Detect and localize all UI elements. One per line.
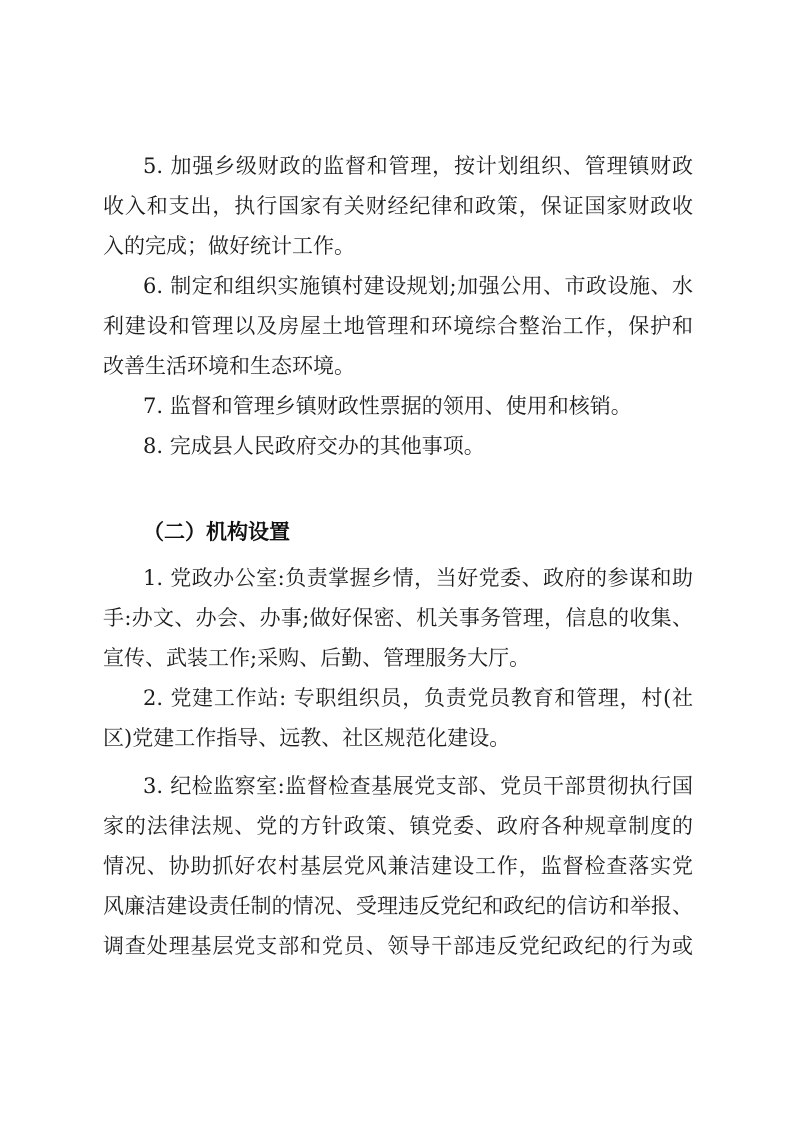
section-heading: （二）机构设置 bbox=[103, 512, 693, 552]
paragraph-line: 家的法律法规、党的方针政策、镇党委、政府各种规章制度的 bbox=[103, 806, 693, 846]
paragraph-line: 5. 加强乡级财政的监督和管理，按计划组织、管理镇财政 bbox=[103, 146, 693, 186]
duty-item-8: 8. 完成县人民政府交办的其他事项。 bbox=[103, 426, 693, 466]
paragraph-line: 6. 制定和组织实施镇村建设规划;加强公用、市政设施、水 bbox=[103, 266, 693, 306]
duty-item-6: 6. 制定和组织实施镇村建设规划;加强公用、市政设施、水 利建设和管理以及房屋土… bbox=[103, 266, 693, 386]
duty-item-5: 5. 加强乡级财政的监督和管理，按计划组织、管理镇财政 收入和支出，执行国家有关… bbox=[103, 146, 693, 266]
paragraph-line: 收入和支出，执行国家有关财经纪律和政策，保证国家财政收 bbox=[103, 186, 693, 226]
org-item-2: 2. 党建工作站: 专职组织员，负责党员教育和管理，村(社 区)党建工作指导、远… bbox=[103, 678, 693, 758]
paragraph-line: 情况、协助抓好农村基层党风兼洁建设工作，监督检查落实党 bbox=[103, 846, 693, 886]
paragraph-line: 8. 完成县人民政府交办的其他事项。 bbox=[103, 426, 693, 466]
paragraph-line: 1. 党政办公室:负责掌握乡情，当好党委、政府的参谋和助 bbox=[103, 558, 693, 598]
document-content: 5. 加强乡级财政的监督和管理，按计划组织、管理镇财政 收入和支出，执行国家有关… bbox=[103, 146, 693, 966]
duty-item-7: 7. 监督和管理乡镇财政性票据的领用、使用和核销。 bbox=[103, 386, 693, 426]
document-page: 5. 加强乡级财政的监督和管理，按计划组织、管理镇财政 收入和支出，执行国家有关… bbox=[0, 0, 793, 1122]
paragraph-line: 手:办文、办会、办事;做好保密、机关事务管理，信息的收集、 bbox=[103, 598, 693, 638]
org-item-3: 3. 纪检监察室:监督检查基展党支部、党员干部贯彻执行国 家的法律法规、党的方针… bbox=[103, 766, 693, 966]
paragraph-line: 宣传、武装工作;采购、后勤、管理服务大厅。 bbox=[103, 638, 693, 678]
paragraph-line: 利建设和管理以及房屋土地管理和环境综合整治工作，保护和 bbox=[103, 306, 693, 346]
paragraph-line: 改善生活环境和生态环境。 bbox=[103, 346, 693, 386]
paragraph-line: 入的完成；做好统计工作。 bbox=[103, 226, 693, 266]
paragraph-line: 区)党建工作指导、远教、社区规范化建设。 bbox=[103, 718, 693, 758]
paragraph-line: 7. 监督和管理乡镇财政性票据的领用、使用和核销。 bbox=[103, 386, 693, 426]
paragraph-line: 调查处理基层党支部和党员、领导干部违反党纪政纪的行为或 bbox=[103, 926, 693, 966]
paragraph-line: 3. 纪检监察室:监督检查基展党支部、党员干部贯彻执行国 bbox=[103, 766, 693, 806]
paragraph-line: 2. 党建工作站: 专职组织员，负责党员教育和管理，村(社 bbox=[103, 678, 693, 718]
org-item-1: 1. 党政办公室:负责掌握乡情，当好党委、政府的参谋和助 手:办文、办会、办事;… bbox=[103, 558, 693, 678]
paragraph-line: 风廉洁建设责任制的情况、受理违反党纪和政纪的信访和举报、 bbox=[103, 886, 693, 926]
